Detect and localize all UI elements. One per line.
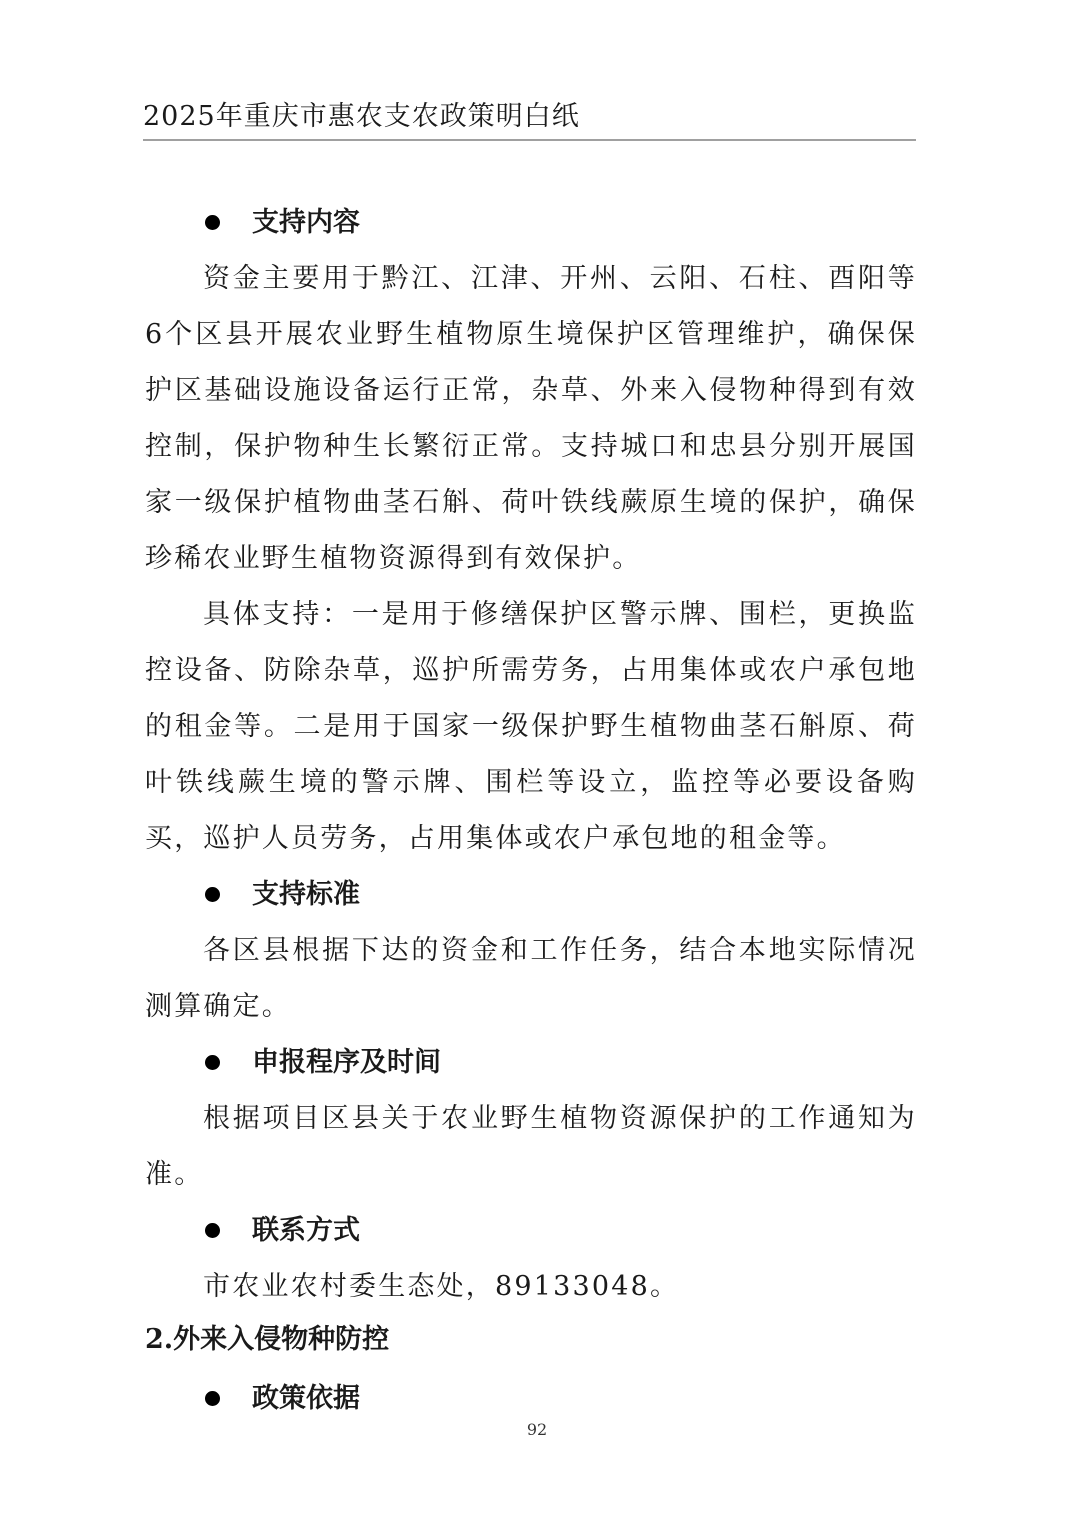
bullet-icon (205, 887, 220, 902)
paragraph-application-procedure: 根据项目区县关于农业野生植物资源保护的工作通知为准。 (145, 1091, 917, 1203)
section-heading-policy-basis: 政策依据 (145, 1371, 917, 1427)
section-heading-label: 支持标准 (252, 867, 360, 923)
section-heading-label: 申报程序及时间 (252, 1035, 441, 1091)
section-heading-contact: 联系方式 (145, 1203, 917, 1259)
subsection-title: 2.外来入侵物种防控 (145, 1315, 917, 1365)
section-heading-label: 支持内容 (252, 195, 360, 251)
bullet-icon (205, 1055, 220, 1070)
section-heading-support-content: 支持内容 (145, 195, 917, 251)
section-heading-label: 政策依据 (252, 1371, 360, 1427)
document-body: 支持内容 资金主要用于黔江、江津、开州、云阳、石柱、酉阳等6个区县开展农业野生植… (145, 195, 917, 1427)
paragraph-support-content-2: 具体支持：一是用于修缮保护区警示牌、围栏，更换监控设备、防除杂草，巡护所需劳务，… (145, 587, 917, 867)
bullet-icon (205, 1391, 220, 1406)
page-number: 92 (0, 1420, 1074, 1439)
section-heading-support-standard: 支持标准 (145, 867, 917, 923)
paragraph-support-standard: 各区县根据下达的资金和工作任务，结合本地实际情况测算确定。 (145, 923, 917, 1035)
paragraph-contact: 市农业农村委生态处，89133048。 (145, 1259, 917, 1315)
section-heading-label: 联系方式 (252, 1203, 360, 1259)
page-header-title: 2025年重庆市惠农支农政策明白纸 (143, 98, 580, 136)
bullet-icon (205, 215, 220, 230)
header-divider (143, 139, 916, 141)
section-heading-application-procedure: 申报程序及时间 (145, 1035, 917, 1091)
paragraph-support-content-1: 资金主要用于黔江、江津、开州、云阳、石柱、酉阳等6个区县开展农业野生植物原生境保… (145, 251, 917, 587)
bullet-icon (205, 1223, 220, 1238)
